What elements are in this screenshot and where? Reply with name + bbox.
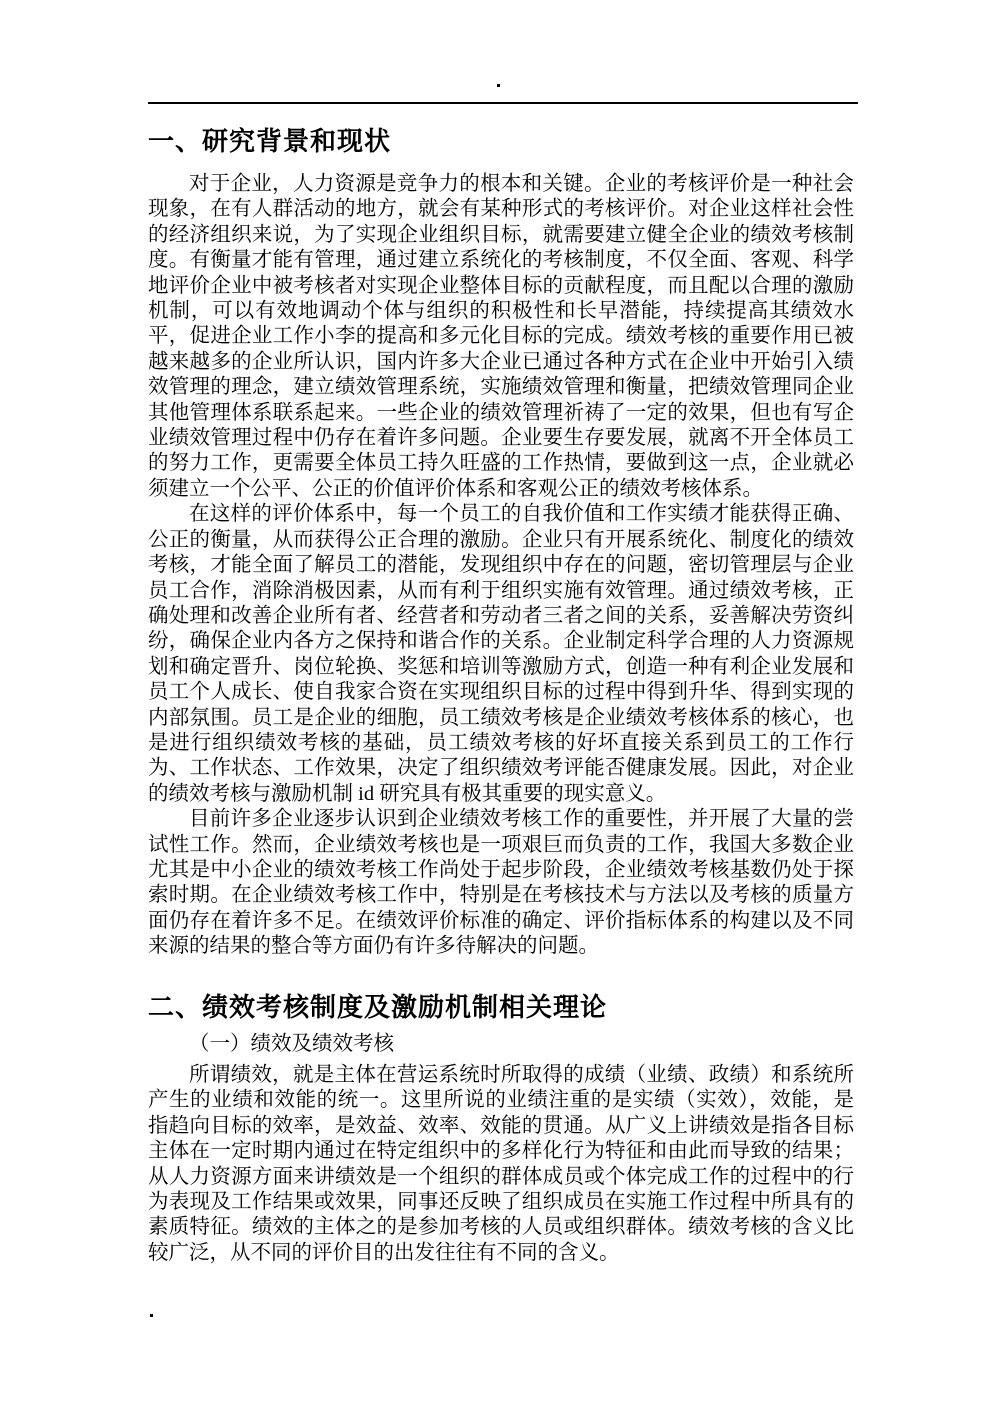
document-page: 一、研究背景和现状 对于企业，人力资源是竞争力的根本和关键。企业的考核评价是一种…: [0, 0, 993, 1404]
stray-dot-top: [497, 84, 500, 87]
stray-dot-bottom: [150, 1314, 153, 1317]
section-1-paragraph-3: 目前许多企业逐步认识到企业绩效考核工作的重要性，并开展了大量的尝试性工作。然而，…: [148, 807, 854, 959]
section-1-paragraph-1: 对于企业，人力资源是竞争力的根本和关键。企业的考核评价是一种社会现象，在有人群活…: [148, 172, 854, 502]
section-2-paragraph-1: 所谓绩效，就是主体在营运系统时所取得的成绩（业绩、政绩）和系统所产生的业绩和效能…: [148, 1063, 854, 1266]
section-1-heading: 一、研究背景和现状: [148, 124, 854, 158]
section-1-paragraph-2: 在这样的评价体系中，每一个员工的自我价值和工作实绩才能获得正确、公正的衡量，从而…: [148, 502, 854, 807]
document-content: 一、研究背景和现状 对于企业，人力资源是竞争力的根本和关键。企业的考核评价是一种…: [148, 124, 854, 1266]
section-2-heading: 二、绩效考核制度及激励机制相关理论: [148, 990, 854, 1024]
section-2-subheading: （一）绩效及绩效考核: [148, 1032, 854, 1057]
header-rule: [148, 102, 858, 104]
